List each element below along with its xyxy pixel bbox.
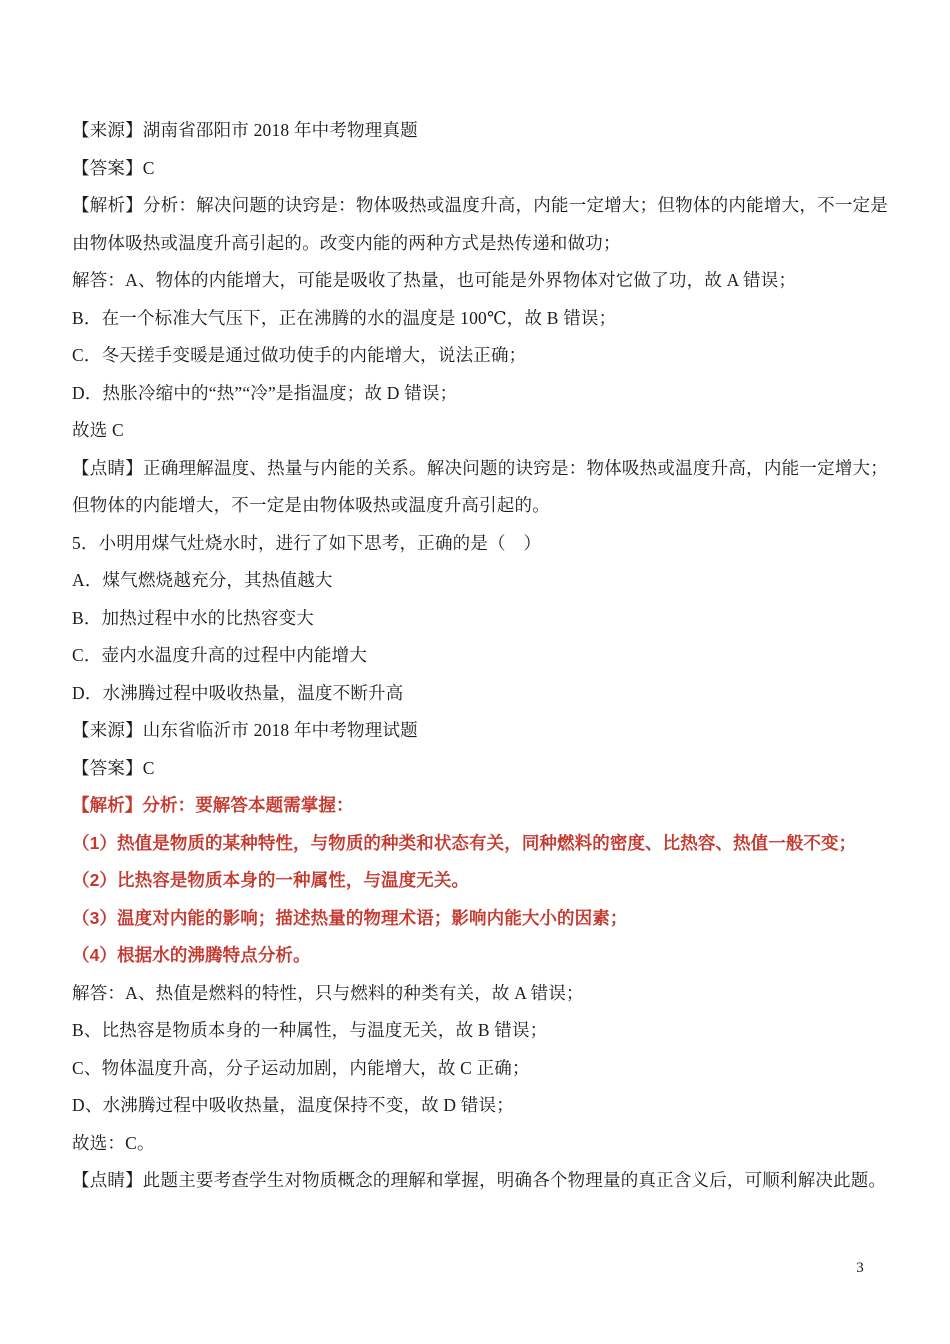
tips-q5: 【点睛】此题主要考查学生对物质概念的理解和掌握，明确各个物理量的真正含义后，可顺… [72,1162,888,1200]
analysis-point-3-q5: （3）温度对内能的影响；描述热量的物理术语；影响内能大小的因素； [72,900,888,938]
explain-option-a-q5: 解答：A、热值是燃料的特性，只与燃料的种类有关，故 A 错误； [72,975,888,1013]
analysis-header-q5: 【解析】分析：要解答本题需掌握： [72,787,888,825]
question-5-stem: 5．小明用煤气灶烧水时，进行了如下思考，正确的是（ ） [72,525,888,563]
tips-line-1-q4: 【点睛】正确理解温度、热量与内能的关系。解决问题的诀窍是：物体吸热或温度升高，内… [72,450,888,488]
explain-option-b-q4: B．在一个标准大气压下，正在沸腾的水的温度是 100℃，故 B 错误； [72,300,888,338]
analysis-point-4-q5: （4）根据水的沸腾特点分析。 [72,937,888,975]
explain-option-b-q5: B、比热容是物质本身的一种属性，与温度无关，故 B 错误； [72,1012,888,1050]
answer-line-q5: 【答案】C [72,750,888,788]
explain-option-d-q5: D、水沸腾过程中吸收热量，温度保持不变，故 D 错误； [72,1087,888,1125]
tips-line-2-q4: 但物体的内能增大，不一定是由物体吸热或温度升高引起的。 [72,487,888,525]
explain-option-c-q4: C．冬天搓手变暖是通过做功使手的内能增大，说法正确； [72,337,888,375]
explain-option-a-q4: 解答：A、物体的内能增大，可能是吸收了热量，也可能是外界物体对它做了功，故 A … [72,262,888,300]
conclusion-q5: 故选：C。 [72,1125,888,1163]
explain-option-c-q5: C、物体温度升高，分子运动加剧，内能增大，故 C 正确； [72,1050,888,1088]
analysis-line-1-q4: 【解析】分析：解决问题的诀窍是：物体吸热或温度升高，内能一定增大；但物体的内能增… [72,187,888,225]
analysis-line-2-q4: 由物体吸热或温度升高引起的。改变内能的两种方式是热传递和做功； [72,225,888,263]
option-a-q5: A．煤气燃烧越充分，其热值越大 [72,562,888,600]
source-line-q5: 【来源】山东省临沂市 2018 年中考物理试题 [72,712,888,750]
analysis-point-2-q5: （2）比热容是物质本身的一种属性，与温度无关。 [72,862,888,900]
answer-line-q4: 【答案】C [72,150,888,188]
document-page: { "page": { "number": "3", "background_c… [0,0,950,1344]
page-number: 3 [848,1260,872,1277]
option-d-q5: D．水沸腾过程中吸收热量，温度不断升高 [72,675,888,713]
source-line-q4: 【来源】湖南省邵阳市 2018 年中考物理真题 [72,112,888,150]
option-b-q5: B．加热过程中水的比热容变大 [72,600,888,638]
conclusion-q4: 故选 C [72,412,888,450]
analysis-point-1-q5: （1）热值是物质的某种特性，与物质的种类和状态有关，同种燃料的密度、比热容、热值… [72,825,888,863]
option-c-q5: C．壶内水温度升高的过程中内能增大 [72,637,888,675]
explain-option-d-q4: D．热胀冷缩中的“热”“冷”是指温度；故 D 错误； [72,375,888,413]
document-body: 【来源】湖南省邵阳市 2018 年中考物理真题 【答案】C 【解析】分析：解决问… [72,112,888,1200]
